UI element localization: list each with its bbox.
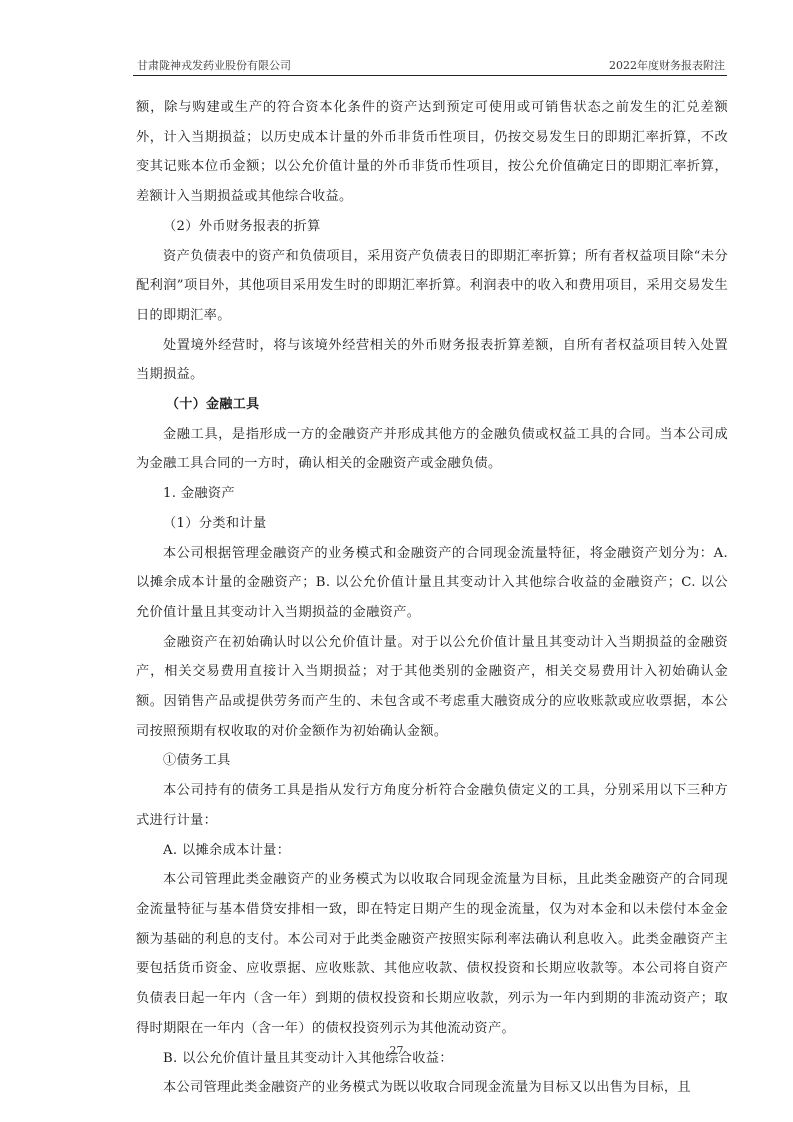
- document-body: 额，除与购建或生产的符合资本化条件的资产达到预定可使用或可销售状态之前发生的汇兑…: [136, 93, 728, 1103]
- paragraph-debt-instruments: 本公司持有的债务工具是指从发行方角度分析符合金融负债定义的工具，分别采用以下三种…: [136, 776, 728, 835]
- subheading-foreign-statement-translation: （2）外币财务报表的折算: [136, 212, 728, 242]
- company-name: 甘肃陇神戎发药业股份有限公司: [137, 57, 291, 73]
- subheading-classification-measurement: （1）分类和计量: [136, 509, 728, 539]
- paragraph-disposal-foreign-operation: 处置境外经营时，将与该境外经营相关的外币财务报表折算差额，自所有者权益项目转入处…: [136, 331, 728, 390]
- page-number: 27: [0, 1044, 793, 1057]
- subheading-amortized-cost: A. 以摊余成本计量：: [136, 836, 728, 866]
- report-title: 2022年度财务报表附注: [609, 57, 725, 73]
- page-header: 甘肃陇神戎发药业股份有限公司 2022年度财务报表附注: [133, 55, 727, 76]
- paragraph-balance-sheet-translation: 资产负债表中的资产和负债项目，采用资产负债表日的即期汇率折算；所有者权益项目除“…: [136, 242, 728, 331]
- paragraph-initial-recognition: 金融资产在初始确认时以公允价值计量。对于以公允价值计量且其变动计入当期损益的金融…: [136, 628, 728, 747]
- paragraph-amortized-cost: 本公司管理此类金融资产的业务模式为以收取合同现金流量为目标，且此类金融资产的合同…: [136, 865, 728, 1043]
- subheading-financial-assets: 1. 金融资产: [136, 479, 728, 509]
- subheading-debt-instruments: ①债务工具: [136, 746, 728, 776]
- paragraph-financial-instrument-definition: 金融工具，是指形成一方的金融资产并形成其他方的金融负债或权益工具的合同。当本公司…: [136, 420, 728, 479]
- paragraph-classification: 本公司根据管理金融资产的业务模式和金融资产的合同现金流量特征，将金融资产划分为：…: [136, 539, 728, 628]
- paragraph-fvoci: 本公司管理此类金融资产的业务模式为既以收取合同现金流量为目标又以出售为目标，且: [136, 1073, 728, 1103]
- paragraph-fx-difference: 额，除与购建或生产的符合资本化条件的资产达到预定可使用或可销售状态之前发生的汇兑…: [136, 93, 728, 212]
- section-heading-financial-instruments: （十）金融工具: [136, 390, 728, 420]
